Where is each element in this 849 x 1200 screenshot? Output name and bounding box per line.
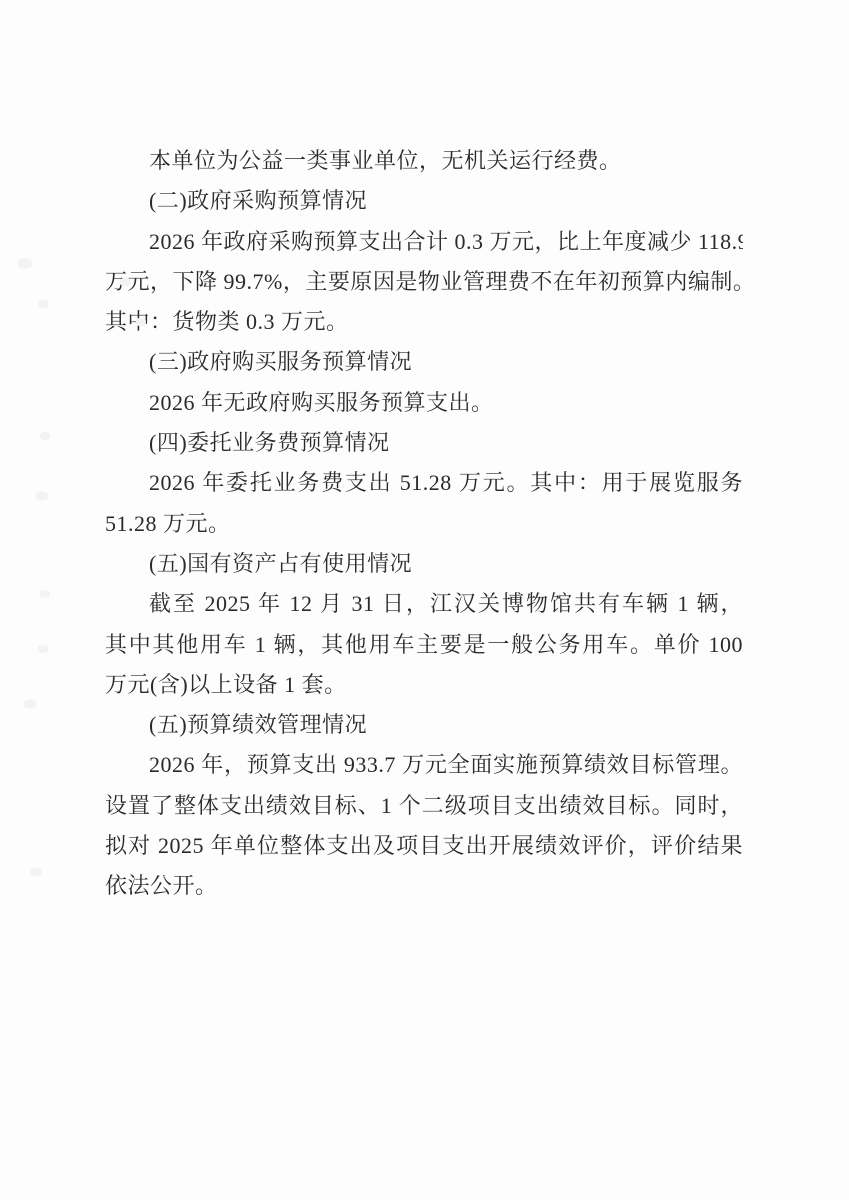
paragraph-line: 截至 2025 年 12 月 31 日，江汉关博物馆共有车辆 1 辆， [105, 584, 743, 624]
section-heading: (五)预算绩效管理情况 [105, 705, 743, 745]
paragraph-line: 拟对 2025 年单位整体支出及项目支出开展绩效评价，评价结果 [105, 826, 743, 866]
paragraph-line: 2026 年委托业务费支出 51.28 万元。其中：用于展览服务 [105, 463, 743, 503]
paragraph-line: 万元(含)以上设备 1 套。 [105, 665, 743, 705]
paragraph-line: 2026 年政府采购预算支出合计 0.3 万元，比上年度减少 118.9 [105, 222, 743, 262]
paragraph-line: 依法公开。 [105, 866, 743, 906]
scan-smudge [24, 700, 36, 708]
scan-smudge [40, 432, 50, 440]
paragraph-line: 其中：货物类 0.3 万元。 [105, 302, 743, 342]
section-heading: (四)委托业务费预算情况 [105, 423, 743, 463]
scan-smudge [38, 300, 48, 308]
paragraph-line: 2026 年，预算支出 933.7 万元全面实施预算绩效目标管理。 [105, 745, 743, 785]
scan-smudge [18, 258, 32, 268]
paragraph-line: 万元，下降 99.7%，主要原因是物业管理费不在年初预算内编制。 [105, 262, 743, 302]
paragraph-line: 2026 年无政府购买服务预算支出。 [105, 383, 743, 423]
paragraph-line: 51.28 万元。 [105, 504, 743, 544]
section-heading: (五)国有资产占有使用情况 [105, 544, 743, 584]
scan-smudge [40, 590, 50, 598]
section-heading: (二)政府采购预算情况 [105, 181, 743, 221]
section-heading: (三)政府购买服务预算情况 [105, 342, 743, 382]
document-page: 本单位为公益一类事业单位，无机关运行经费。(二)政府采购预算情况2026 年政府… [0, 0, 849, 1200]
document-body: 本单位为公益一类事业单位，无机关运行经费。(二)政府采购预算情况2026 年政府… [105, 141, 743, 907]
paragraph-line: 设置了整体支出绩效目标、1 个二级项目支出绩效目标。同时， [105, 786, 743, 826]
paragraph-line: 其中其他用车 1 辆，其他用车主要是一般公务用车。单价 100 [105, 625, 743, 665]
scan-smudge [38, 645, 48, 653]
scan-smudge [30, 868, 42, 876]
scan-smudge [36, 492, 48, 500]
paragraph-line: 本单位为公益一类事业单位，无机关运行经费。 [105, 141, 743, 181]
